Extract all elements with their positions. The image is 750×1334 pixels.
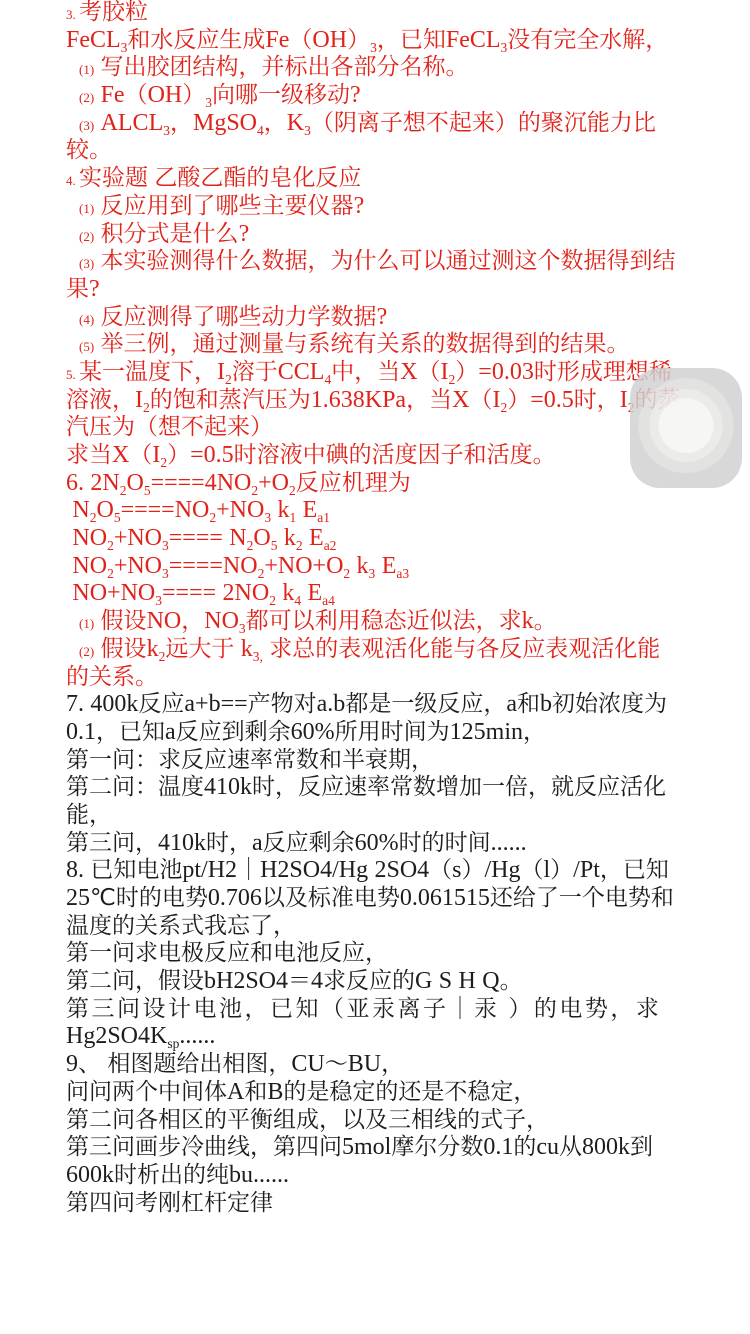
latin-text: 410k — [158, 830, 206, 856]
latin-text: bu...... — [229, 1162, 289, 1188]
latin-text: a — [506, 691, 517, 717]
cjk-text: 初始浓度为 — [552, 690, 667, 716]
cjk-text: 反应用到了哪些主要仪器 — [94, 192, 353, 218]
latin-text: 0.1 — [483, 1134, 513, 1160]
latin-text: FeCL — [446, 27, 501, 53]
cjk-text: 。 — [534, 607, 557, 633]
latin-text: 410k — [204, 774, 252, 800]
latin-text: ? — [354, 193, 365, 219]
cjk-text: 求总的表观活化能与各反应表观活化能 — [263, 635, 660, 661]
cjk-text: ，已知 — [600, 856, 669, 882]
text-line: 能， — [0, 801, 750, 829]
cjk-text: 中，当 — [331, 358, 400, 384]
cjk-text: 溶液， — [66, 386, 135, 412]
latin-text: BU — [348, 1051, 381, 1077]
cjk-text: 写出胶团结构，并标出各部分名称。 — [94, 53, 468, 79]
latin-text: k — [284, 525, 296, 551]
cjk-text: 的关系。 — [66, 663, 158, 689]
cjk-text: 时溶液中碘的活度因子和活度。 — [234, 441, 556, 467]
cjk-text: 从 — [559, 1133, 582, 1159]
cjk-text: 反应到剩余 — [176, 718, 291, 744]
list-marker: (1) — [79, 616, 94, 631]
latin-text: E — [382, 553, 397, 579]
text-line: 7. 400k反应a+b==产物对a.b都是一级反应，a和b初始浓度为 — [0, 690, 750, 718]
cjk-text: 的 — [513, 1133, 536, 1159]
text-line: (2) Fe（OH）3向哪一级移动? — [0, 81, 750, 109]
text-line: 第一问求电极反应和电池反应， — [0, 939, 750, 967]
latin-text: /Pt — [573, 857, 600, 883]
cjk-text: 果 — [66, 275, 89, 301]
text-line: 果? — [0, 275, 750, 303]
latin-text: FeCL — [66, 27, 121, 53]
text-line: 25℃时的电势0.706以及标准电势0.061515还给了一个电势和 — [0, 884, 750, 912]
latin-text: k — [282, 580, 294, 606]
cjk-text: 时，反应速率常数增加一倍，就反应活化 — [252, 773, 666, 799]
list-marker: (2) — [79, 229, 94, 244]
cjk-text: 较。 — [66, 136, 112, 162]
list-marker: (5) — [79, 339, 94, 354]
latin-text: N — [72, 497, 89, 523]
text-line: (5) 举三例，通过测量与系统有关系的数据得到的结果。 — [0, 330, 750, 358]
text-line: (2) 积分式是什么? — [0, 220, 750, 248]
latin-text: s — [452, 857, 461, 883]
subscript-text: 3, — [253, 649, 263, 664]
latin-text: CU — [291, 1051, 324, 1077]
cjk-text: （ — [129, 441, 152, 467]
assistive-touch-button[interactable] — [630, 368, 742, 488]
latin-text: 6. — [66, 470, 84, 496]
latin-text: K — [287, 110, 304, 136]
subscript-text: 4 — [257, 123, 264, 138]
latin-text: cu — [536, 1134, 559, 1160]
assistive-touch-center-circle — [659, 399, 713, 453]
cjk-text: 和 — [244, 1078, 267, 1104]
document-text: 3. 考胶粒FeCL3和水反应生成Fe（OH）3，已知FeCL3没有完全水解，(… — [0, 0, 750, 1216]
latin-text: +NO — [114, 553, 162, 579]
list-marker: (2) — [79, 90, 94, 105]
latin-text: 0.706 — [208, 885, 262, 911]
text-line: NO+NO3==== 2NO2 k4 Ea4 — [0, 579, 750, 607]
cjk-text: 第三问设计电池，已知（亚汞离子｜汞 ）的电势，求 — [66, 995, 661, 1021]
latin-text: 800k — [582, 1134, 630, 1160]
cjk-text: 第一问求电极反应和电池反应， — [66, 939, 388, 965]
latin-text: ==== — [169, 525, 223, 551]
cjk-text: 的饱和蒸汽压为 — [150, 386, 311, 412]
latin-text: Fe — [101, 82, 125, 108]
latin-text: X — [400, 359, 417, 385]
latin-text: I — [135, 387, 143, 413]
cjk-text: ～ — [325, 1050, 348, 1076]
latin-text: 2SO4 — [374, 857, 429, 883]
text-line: 第四问考刚杠杆定律 — [0, 1189, 750, 1217]
cjk-text: 本实验测得什么数据，为什么可以通过测这个数据得到结 — [94, 247, 675, 273]
latin-text: ...... — [179, 1023, 215, 1049]
text-line: (4) 反应测得了哪些动力学数据? — [0, 303, 750, 331]
cjk-text: ） — [182, 81, 205, 107]
latin-text: G — [415, 968, 432, 994]
latin-text: 2N — [90, 470, 119, 496]
latin-text: E — [309, 525, 324, 551]
cjk-text: 反应剩余 — [263, 829, 355, 855]
latin-text: ...... — [491, 830, 527, 856]
subscript-text: 3 — [162, 538, 169, 553]
cjk-text: 向哪一级移动 — [212, 81, 350, 107]
cjk-text: （ — [521, 856, 544, 882]
cjk-text: ，已知 — [96, 718, 165, 744]
cjk-text: 摩尔分数 — [391, 1133, 483, 1159]
cjk-text: ， — [264, 109, 287, 135]
cjk-text: 问问两个中间体 — [66, 1078, 227, 1104]
cjk-text: 实验题 乙酸乙酯的皂化反应 — [79, 164, 361, 190]
latin-text: =0.5 — [530, 387, 574, 413]
latin-text: Q — [482, 968, 499, 994]
text-line: 600k时析出的纯bu...... — [0, 1161, 750, 1189]
latin-text: E — [303, 497, 318, 523]
latin-text: MgSO — [193, 110, 257, 136]
phone-screen: { "page": { "background": "#ffffff", "re… — [0, 0, 750, 1334]
cjk-text: 没有完全水解， — [507, 26, 668, 52]
cjk-text: ｜ — [237, 856, 260, 882]
latin-text: S — [439, 968, 452, 994]
text-line: (1) 反应用到了哪些主要仪器? — [0, 192, 750, 220]
latin-text: ? — [350, 82, 361, 108]
latin-text: 4 — [311, 968, 323, 994]
list-marker: (3) — [79, 256, 94, 271]
cjk-text: 能， — [66, 801, 112, 827]
list-marker: 4. — [66, 173, 79, 188]
latin-text: NO — [72, 525, 107, 551]
cjk-text: 反应测得了哪些动力学数据 — [94, 303, 376, 329]
text-line: 问问两个中间体A和B的是稳定的还是不稳定， — [0, 1078, 750, 1106]
subscript-text: 2 — [296, 538, 303, 553]
cjk-text: 第二问，假设 — [66, 967, 204, 993]
latin-text: +NO — [114, 525, 162, 551]
latin-text: 8. — [66, 857, 84, 883]
latin-text: I — [217, 359, 225, 385]
cjk-text: 求当 — [66, 441, 112, 467]
latin-text: 60% — [291, 719, 335, 745]
subscript-text: 3 — [304, 123, 311, 138]
latin-text: k — [357, 553, 369, 579]
latin-text: a+b== — [184, 691, 247, 717]
cjk-text: 汽压为（想不起来） — [66, 413, 273, 439]
latin-text: NO — [204, 608, 239, 634]
latin-text: k — [522, 608, 534, 634]
list-marker: (1) — [79, 62, 94, 77]
text-line: (1) 写出胶团结构，并标出各部分名称。 — [0, 53, 750, 81]
cjk-text: 第二问：温度 — [66, 773, 204, 799]
cjk-text: 假设 — [94, 607, 146, 633]
cjk-text: （ — [429, 856, 452, 882]
cjk-text: 都是一级反应， — [345, 690, 506, 716]
text-line: (1) 假设NO，NO3都可以利用稳态近似法，求k。 — [0, 607, 750, 635]
latin-text: a — [165, 719, 176, 745]
text-line: 温度的关系式我忘了， — [0, 912, 750, 940]
latin-text: 2NO — [223, 580, 270, 606]
latin-text: b — [540, 691, 552, 717]
cjk-text: ） — [550, 856, 573, 882]
text-line: (3) ALCL3，MgSO4，K3（阴离子想不起来）的聚沉能力比 — [0, 109, 750, 137]
latin-text: 400k — [90, 691, 138, 717]
cjk-text: 的是稳定的还是不稳定， — [283, 1078, 536, 1104]
cjk-text: （ — [418, 358, 441, 384]
cjk-text: 时析出的纯 — [114, 1161, 229, 1187]
latin-text: O — [253, 525, 270, 551]
text-line: 0.1，已知a反应到剩余60%所用时间为125min， — [0, 718, 750, 746]
text-line: Hg2SO4Ksp...... — [0, 1022, 750, 1050]
text-line: 的关系。 — [0, 663, 750, 691]
cjk-text: ， — [523, 718, 546, 744]
latin-text: OH — [148, 82, 183, 108]
latin-text: a — [252, 830, 263, 856]
list-marker: 3. — [66, 7, 79, 22]
latin-text: H2SO4/Hg — [260, 857, 368, 883]
subscript-text: 3 — [205, 95, 212, 110]
latin-text: +NO — [216, 497, 264, 523]
latin-text: ====4NO — [151, 470, 252, 496]
text-line: 第二问：温度410k时，反应速率常数增加一倍，就反应活化 — [0, 773, 750, 801]
latin-text: k — [147, 636, 159, 662]
cjk-text: 第一问：求反应速率常数和半衰期， — [66, 746, 434, 772]
cjk-text: 到 — [630, 1133, 653, 1159]
cjk-text: ，已知 — [377, 26, 446, 52]
text-line: 8. 已知电池pt/H2｜H2SO4/Hg 2SO4（s）/Hg（l）/Pt，已… — [0, 856, 750, 884]
cjk-text: 远大于 — [165, 635, 240, 661]
latin-text: +O — [258, 470, 289, 496]
latin-text: k — [241, 636, 253, 662]
text-line: 第二问各相区的平衡组成，以及三相线的式子， — [0, 1106, 750, 1134]
cjk-text: 时的时间 — [399, 829, 491, 855]
text-line: NO2+NO3==== N2O5 k2 Ea2 — [0, 524, 750, 552]
latin-text: Hg2SO4K — [66, 1023, 167, 1049]
list-marker: (3) — [79, 118, 94, 133]
text-line: 4. 实验题 乙酸乙酯的皂化反应 — [0, 164, 750, 192]
cjk-text: 以及标准电势 — [262, 884, 400, 910]
latin-text: ? — [89, 276, 100, 302]
latin-text: pt/H2 — [182, 857, 237, 883]
cjk-text: 第二问各相区的平衡组成，以及三相线的式子， — [66, 1106, 549, 1132]
cjk-text: ） — [462, 856, 485, 882]
text-line: 第三问画步冷曲线，第四问5mol摩尔分数0.1的cu从800k到 — [0, 1133, 750, 1161]
latin-text: k — [277, 497, 289, 523]
latin-text: A — [227, 1079, 244, 1105]
text-line: 9、 相图题给出相图，CU～BU， — [0, 1050, 750, 1078]
text-line: (3) 本实验测得什么数据，为什么可以通过测这个数据得到结 — [0, 247, 750, 275]
latin-text: bH2SO4 — [204, 968, 288, 994]
cjk-text: 假设 — [94, 635, 146, 661]
cjk-text: （ — [289, 26, 312, 52]
latin-text: 125min — [450, 719, 523, 745]
cjk-text: ） — [455, 358, 478, 384]
latin-text: I — [441, 359, 449, 385]
list-marker: (1) — [79, 201, 94, 216]
text-line: 3. 考胶粒 — [0, 0, 750, 26]
subscript-text: a3 — [396, 566, 409, 581]
cjk-text: （阴离子想不起来）的聚沉能力比 — [311, 109, 656, 135]
text-line: 第二问，假设bH2SO4＝4求反应的G S H Q。 — [0, 967, 750, 995]
latin-text: 0.061515 — [400, 885, 490, 911]
cjk-text: ） — [347, 26, 370, 52]
cjk-text: 考胶粒 — [79, 0, 148, 24]
latin-text: 7. — [66, 691, 84, 717]
subscript-text: a2 — [324, 538, 337, 553]
latin-text: /Hg — [485, 857, 521, 883]
latin-text: H — [459, 968, 476, 994]
latin-text: ==== — [162, 580, 216, 606]
cjk-text: 第三问画步冷曲线，第四问 — [66, 1133, 342, 1159]
latin-text: NO — [147, 608, 182, 634]
subscript-text: 2 — [107, 538, 114, 553]
cjk-text: 第三问， — [66, 829, 158, 855]
cjk-text: ＝ — [288, 967, 311, 993]
latin-text: 600k — [66, 1162, 114, 1188]
latin-text: +NO+O — [264, 553, 343, 579]
latin-text: =0.03 — [478, 359, 534, 385]
latin-text: I — [620, 387, 628, 413]
latin-text: E — [308, 580, 323, 606]
subscript-text: 3 — [163, 123, 170, 138]
cjk-text: 温度的关系式我忘了， — [66, 912, 296, 938]
latin-text: 1.638KPa — [311, 387, 406, 413]
latin-text: OH — [312, 27, 347, 53]
latin-text: O — [126, 470, 143, 496]
cjk-text: 溶于 — [232, 358, 278, 384]
cjk-text: 产物对 — [248, 690, 317, 716]
cjk-text: 第四问考刚杠杆定律 — [66, 1189, 273, 1215]
latin-text: X — [452, 387, 469, 413]
cjk-text: 还给了一个电势和 — [490, 884, 674, 910]
cjk-text: 反应机理为 — [296, 469, 411, 495]
cjk-text: （ — [469, 386, 492, 412]
cjk-text: 已知电池 — [84, 856, 182, 882]
cjk-text: ） — [507, 386, 530, 412]
text-line: FeCL3和水反应生成Fe（OH）3，已知FeCL3没有完全水解， — [0, 26, 750, 54]
cjk-text: 、 相图题给出相图， — [78, 1050, 291, 1076]
cjk-text: 和水反应生成 — [127, 26, 265, 52]
list-marker: 5. — [66, 367, 79, 382]
latin-text: NO — [72, 553, 107, 579]
latin-text: 25 — [66, 885, 90, 911]
latin-text: ALCL — [101, 110, 164, 136]
latin-text: N — [229, 525, 246, 551]
list-marker: (4) — [79, 312, 94, 327]
latin-text: 9 — [66, 1051, 78, 1077]
cjk-text: 反应 — [138, 690, 184, 716]
cjk-text: 举三例，通过测量与系统有关系的数据得到的结果。 — [94, 330, 629, 356]
cjk-text: ℃时的电势 — [90, 884, 208, 910]
cjk-text: 都可以利用稳态近似法，求 — [246, 607, 522, 633]
cjk-text: 积分式是什么 — [94, 220, 238, 246]
text-line: 第三问设计电池，已知（亚汞离子｜汞 ）的电势，求 — [0, 995, 750, 1023]
latin-text: CCL — [278, 359, 325, 385]
latin-text: NO+NO — [72, 580, 155, 606]
latin-text: B — [267, 1079, 283, 1105]
cjk-text: 和 — [517, 690, 540, 716]
cjk-text: 求反应的 — [323, 967, 415, 993]
latin-text: ====NO — [169, 553, 258, 579]
cjk-text: 时， — [574, 386, 620, 412]
latin-text: 60% — [355, 830, 399, 856]
text-line: NO2+NO3====NO2+NO+O2 k3 Ea3 — [0, 552, 750, 580]
latin-text: 0.1 — [66, 719, 96, 745]
text-line: 第一问：求反应速率常数和半衰期， — [0, 746, 750, 774]
latin-text: a.b — [317, 691, 346, 717]
cjk-text: ） — [167, 441, 190, 467]
latin-text: X — [112, 442, 129, 468]
latin-text: O — [96, 497, 113, 523]
text-line: 较。 — [0, 136, 750, 164]
latin-text: ? — [377, 304, 388, 330]
cjk-text: 所用时间为 — [335, 718, 450, 744]
cjk-text: ， — [181, 607, 204, 633]
cjk-text: 时， — [206, 829, 252, 855]
cjk-text: ，当 — [406, 386, 452, 412]
latin-text: ? — [239, 221, 250, 247]
cjk-text: 某一温度下， — [79, 358, 217, 384]
latin-text: =0.5 — [190, 442, 234, 468]
cjk-text: ， — [170, 109, 193, 135]
cjk-text: 。 — [500, 967, 523, 993]
latin-text: ====NO — [121, 497, 210, 523]
list-marker: (2) — [79, 644, 94, 659]
text-line: 第三问，410k时，a反应剩余60%时的时间...... — [0, 829, 750, 857]
text-line: N2O5====NO2+NO3 k1 Ea1 — [0, 496, 750, 524]
cjk-text: （ — [125, 81, 148, 107]
latin-text: 5mol — [342, 1134, 391, 1160]
latin-text: Fe — [265, 27, 289, 53]
text-line: (2) 假设k2远大于 k3, 求总的表观活化能与各反应表观活化能 — [0, 635, 750, 663]
cjk-text: ， — [381, 1050, 404, 1076]
